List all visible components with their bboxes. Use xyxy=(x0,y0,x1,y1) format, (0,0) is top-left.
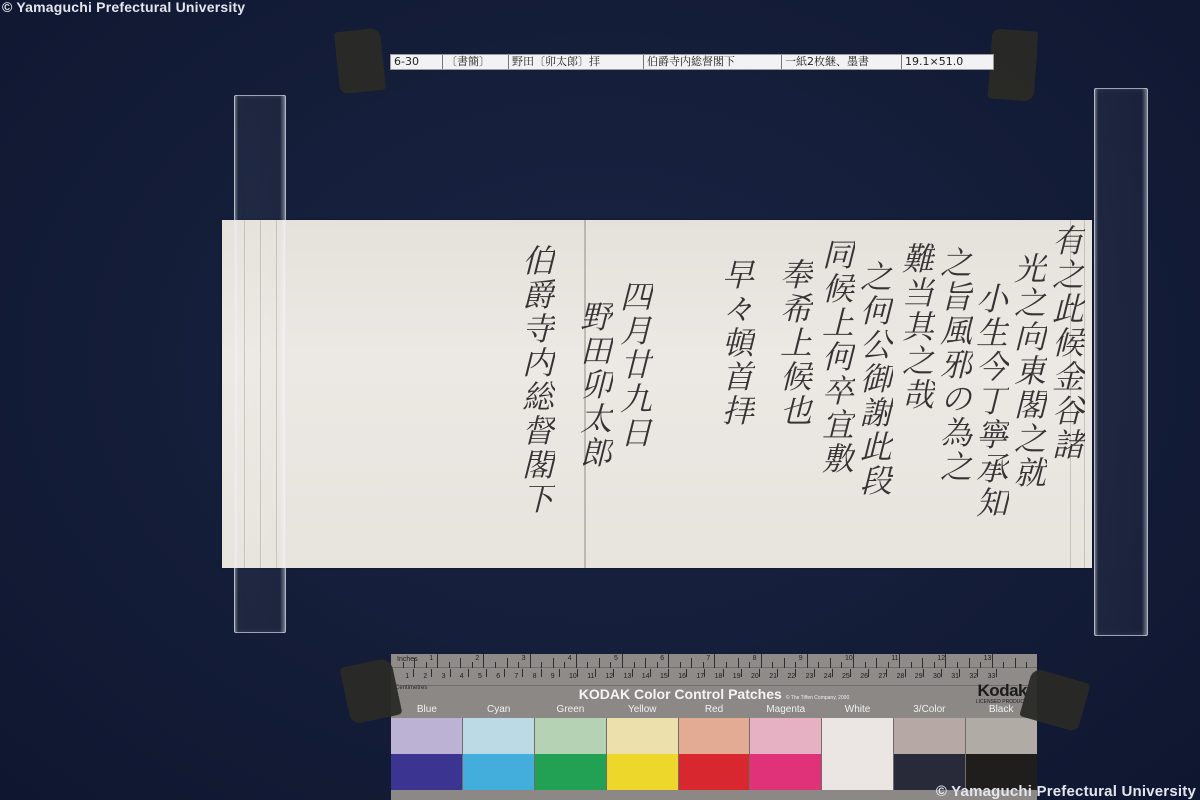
ruler-tick xyxy=(403,662,404,668)
cm-tick-label: 28 xyxy=(897,673,905,680)
calligraphy-column: 之何公御謝此段 xyxy=(858,260,890,498)
catalog-label-cell: 19.1×51.0 xyxy=(902,55,970,69)
cm-tick-label: 33 xyxy=(988,673,996,680)
ruler-tick xyxy=(969,658,970,668)
ruler-tick xyxy=(576,654,577,668)
cm-tick-label: 13 xyxy=(624,673,632,680)
calligraphy-column: 難当其之哉 xyxy=(900,242,932,412)
cm-tick-label: 10 xyxy=(569,673,577,680)
ruler-tick xyxy=(959,669,960,677)
ruler: Inches12345678910111213 1234567891011121… xyxy=(391,654,1037,686)
color-patch-light xyxy=(535,718,606,754)
ruler-tick xyxy=(888,662,889,668)
ruler-tick xyxy=(749,662,750,668)
ruler-tick xyxy=(761,654,762,668)
ruler-tick xyxy=(830,658,831,668)
ruler-tick xyxy=(577,669,578,677)
ruler-tick xyxy=(957,662,958,668)
ruler-tick xyxy=(668,669,669,677)
ruler-tick xyxy=(518,662,519,668)
ruler-tick xyxy=(934,662,935,668)
cm-tick-label: 17 xyxy=(696,673,704,680)
ruler-tick xyxy=(495,662,496,668)
calligraphy-column: 奉希上候也 xyxy=(778,258,810,428)
ruler-tick xyxy=(945,654,946,668)
patch-label-cyan: Cyan xyxy=(463,704,535,717)
inch-tick-label: 13 xyxy=(984,655,992,662)
cm-tick-label: 22 xyxy=(787,673,795,680)
ruler-tick xyxy=(587,662,588,668)
cm-tick-label: 19 xyxy=(733,673,741,680)
kodak-brand-text: Kodak xyxy=(978,681,1027,700)
ruler-tick xyxy=(795,662,796,668)
cm-tick-label: 4 xyxy=(460,673,464,680)
ruler-tick xyxy=(450,669,451,677)
cm-tick-label: 14 xyxy=(642,673,650,680)
ruler-tick xyxy=(599,658,600,668)
ruler-tick xyxy=(691,658,692,668)
ruler-tick xyxy=(922,658,923,668)
ruler-tick xyxy=(595,669,596,677)
ruler-tick xyxy=(437,654,438,668)
ruler-tick xyxy=(726,662,727,668)
calligraphy-column: 早々頓首拝 xyxy=(720,258,752,428)
ruler-tick xyxy=(911,662,912,668)
color-patch-light xyxy=(607,718,678,754)
cm-tick-label: 25 xyxy=(842,673,850,680)
color-patch-dark xyxy=(679,754,750,790)
color-patches xyxy=(391,718,1037,790)
ruler-tick xyxy=(738,658,739,668)
ruler-tick xyxy=(853,654,854,668)
cm-tick-label: 6 xyxy=(496,673,500,680)
ruler-tick xyxy=(899,654,900,668)
copyright-watermark-top: © Yamaguchi Prefectural University xyxy=(2,0,245,15)
ruler-tick xyxy=(449,662,450,668)
ruler-tick xyxy=(468,669,469,677)
calligraphy-column: 光之向東閣之就 xyxy=(1012,252,1044,490)
ruler-tick xyxy=(841,662,842,668)
ruler-tick xyxy=(504,669,505,677)
ruler-tick xyxy=(686,669,687,677)
catalog-label-cell: 6-30 xyxy=(391,55,443,69)
inch-tick-label: 3 xyxy=(522,655,526,662)
cm-tick-label: 18 xyxy=(715,673,723,680)
patch-column xyxy=(894,718,966,790)
ruler-tick xyxy=(886,669,887,677)
ruler-tick xyxy=(645,658,646,668)
ruler-tick xyxy=(723,669,724,677)
ruler-tick xyxy=(486,669,487,677)
color-patch-light xyxy=(894,718,965,754)
color-patch-dark xyxy=(463,754,534,790)
ruler-tick xyxy=(850,669,851,677)
acrylic-weight-bar-right xyxy=(1094,88,1148,636)
ruler-tick xyxy=(814,669,815,677)
catalog-label-cell: 野田〔卯太郎〕拝 xyxy=(509,55,644,69)
inch-tick-label: 7 xyxy=(706,655,710,662)
inch-tick-label: 1 xyxy=(429,655,433,662)
cm-tick-label: 11 xyxy=(587,673,594,680)
ruler-tick xyxy=(977,669,978,677)
kodak-color-chart: Inches12345678910111213 1234567891011121… xyxy=(391,654,1037,800)
ruler-tick xyxy=(772,662,773,668)
cm-tick-label: 8 xyxy=(533,673,537,680)
catalog-label-cell: 伯爵寺内総督閣下 xyxy=(644,55,782,69)
kodak-logo: Kodak LICENSED PRODUCT xyxy=(976,682,1027,705)
inch-tick-label: 11 xyxy=(891,655,898,662)
ruler-tick xyxy=(632,669,633,677)
catalog-label-cell: 〔書簡〕 xyxy=(443,55,509,69)
cm-tick-label: 24 xyxy=(824,673,832,680)
patch-labels: BlueCyanGreenYellowRedMagentaWhite3/Colo… xyxy=(391,704,1037,717)
ruler-tick xyxy=(923,669,924,677)
ruler-tick xyxy=(996,669,997,677)
cm-tick-label: 12 xyxy=(605,673,613,680)
ruler-tick xyxy=(431,669,432,677)
ruler-tick xyxy=(992,654,993,668)
ruler-tick xyxy=(657,662,658,668)
patch-column xyxy=(822,718,894,790)
cm-tick-label: 31 xyxy=(951,673,959,680)
cm-tick-label: 3 xyxy=(442,673,446,680)
color-patch-light xyxy=(679,718,750,754)
patch-column xyxy=(607,718,679,790)
color-patch-light xyxy=(966,718,1037,754)
ruler-tick xyxy=(795,669,796,677)
patch-label-red: Red xyxy=(678,704,750,717)
ruler-tick xyxy=(1003,662,1004,668)
ruler-tick xyxy=(507,658,508,668)
color-patch-dark xyxy=(750,754,821,790)
cm-tick-label: 21 xyxy=(769,673,777,680)
calligraphy-column: 有之此候金谷諸 xyxy=(1050,224,1082,462)
ruler-tick xyxy=(714,654,715,668)
ruler-tick xyxy=(680,662,681,668)
inch-tick-label: 9 xyxy=(799,655,803,662)
cm-tick-label: 32 xyxy=(969,673,977,680)
ruler-tick xyxy=(832,669,833,677)
calligraphy-column: 小生今丁寧承知 xyxy=(974,282,1006,520)
inch-tick-label: 5 xyxy=(614,655,618,662)
ruler-tick xyxy=(980,662,981,668)
calligraphy-column: 野田卯太郎 xyxy=(578,300,610,470)
ruler-tick xyxy=(414,658,415,668)
ruler-tick xyxy=(704,669,705,677)
patch-column xyxy=(966,718,1037,790)
calligraphy-text: 有之此候金谷諸光之向東閣之就小生今丁寧承知之旨風邪の為之難当其之哉之何公御謝此段… xyxy=(222,220,1092,568)
mounting-tape xyxy=(988,28,1039,101)
ruler-tick xyxy=(759,669,760,677)
inch-tick-label: 8 xyxy=(753,655,757,662)
calligraphy-column: 之旨風邪の為之 xyxy=(938,246,970,484)
patch-column xyxy=(391,718,463,790)
ruler-tick xyxy=(741,669,742,677)
ruler-tick xyxy=(784,658,785,668)
patch-label-magenta: Magenta xyxy=(750,704,822,717)
ruler-tick xyxy=(610,662,611,668)
ruler-tick xyxy=(413,669,414,677)
ruler-tick xyxy=(868,669,869,677)
color-patch xyxy=(822,718,893,790)
ruler-tick xyxy=(807,654,808,668)
ruler-tick xyxy=(777,669,778,677)
ruler-tick xyxy=(613,669,614,677)
inch-tick-label: 6 xyxy=(660,655,664,662)
patch-column xyxy=(750,718,822,790)
patch-column xyxy=(679,718,751,790)
catalog-label-cell: 一紙2枚継、墨書 xyxy=(782,55,902,69)
patch-label-green: Green xyxy=(535,704,607,717)
ruler-tick xyxy=(668,654,669,668)
ruler-tick xyxy=(905,669,906,677)
color-patch-light xyxy=(391,718,462,754)
cm-tick-label: 15 xyxy=(660,673,668,680)
calligraphy-column: 四月廿九日 xyxy=(618,280,650,450)
cm-tick-label: 26 xyxy=(860,673,868,680)
catalog-label: 6-30〔書簡〕野田〔卯太郎〕拝伯爵寺内総督閣下一紙2枚継、墨書19.1×51.… xyxy=(390,54,994,70)
ruler-tick xyxy=(559,669,560,677)
ruler-tick xyxy=(472,662,473,668)
inch-tick-label: 12 xyxy=(937,655,945,662)
color-patch-light xyxy=(463,718,534,754)
cm-tick-label: 20 xyxy=(751,673,759,680)
color-patch-dark xyxy=(391,754,462,790)
calligraphy-column: 伯爵寺内総督閣下 xyxy=(520,244,552,516)
cm-tick-label: 30 xyxy=(933,673,941,680)
tiffen-note: © The Tiffen Company, 2000 xyxy=(786,695,849,701)
ruler-tick xyxy=(622,654,623,668)
cm-tick-label: 9 xyxy=(551,673,555,680)
ruler-tick xyxy=(522,669,523,677)
patch-label-yellow: Yellow xyxy=(606,704,678,717)
ruler-tick xyxy=(941,669,942,677)
color-patch-light xyxy=(750,718,821,754)
calligraphy-letter: 有之此候金谷諸光之向東閣之就小生今丁寧承知之旨風邪の為之難当其之哉之何公御謝此段… xyxy=(222,220,1092,568)
ruler-tick xyxy=(460,658,461,668)
ruler-tick xyxy=(426,662,427,668)
ruler-tick xyxy=(1015,658,1016,668)
copyright-watermark-bottom: © Yamaguchi Prefectural University xyxy=(936,783,1196,800)
ruler-tick xyxy=(553,658,554,668)
inch-tick-label: 2 xyxy=(475,655,479,662)
cm-scale: 1234567891011121314151617181920212223242… xyxy=(391,669,1037,683)
color-patch-dark xyxy=(535,754,606,790)
inch-scale: Inches12345678910111213 xyxy=(391,654,1037,668)
color-patch-dark xyxy=(607,754,678,790)
ruler-tick xyxy=(634,662,635,668)
ruler-tick xyxy=(703,662,704,668)
cm-tick-label: 7 xyxy=(514,673,518,680)
ruler-tick xyxy=(1026,662,1027,668)
cm-tick-label: 5 xyxy=(478,673,482,680)
cm-tick-label: 23 xyxy=(806,673,814,680)
ruler-tick xyxy=(865,662,866,668)
cm-tick-label: 16 xyxy=(678,673,686,680)
patch-label-3-color: 3/Color xyxy=(893,704,965,717)
mounting-tape xyxy=(334,28,386,94)
chart-title-text: KODAK Color Control Patches xyxy=(579,686,782,702)
chart-title: KODAK Color Control Patches© The Tiffen … xyxy=(391,686,1037,702)
patch-column xyxy=(535,718,607,790)
ruler-tick xyxy=(876,658,877,668)
cm-tick-label: 27 xyxy=(878,673,886,680)
ruler-tick xyxy=(650,669,651,677)
inch-tick-label: 4 xyxy=(568,655,572,662)
cm-tick-label: 2 xyxy=(423,673,427,680)
ruler-tick xyxy=(530,654,531,668)
ruler-tick xyxy=(818,662,819,668)
ruler-tick xyxy=(541,669,542,677)
patch-column xyxy=(463,718,535,790)
calligraphy-column: 同候上何卒宜敷 xyxy=(820,238,852,476)
ruler-tick xyxy=(541,662,542,668)
ruler-tick xyxy=(483,654,484,668)
acrylic-weight-bar-left xyxy=(234,95,286,633)
inch-tick-label: 10 xyxy=(845,655,853,662)
patch-label-white: White xyxy=(822,704,894,717)
cm-tick-label: 29 xyxy=(915,673,923,680)
ruler-tick xyxy=(564,662,565,668)
cm-tick-label: 1 xyxy=(405,673,409,680)
